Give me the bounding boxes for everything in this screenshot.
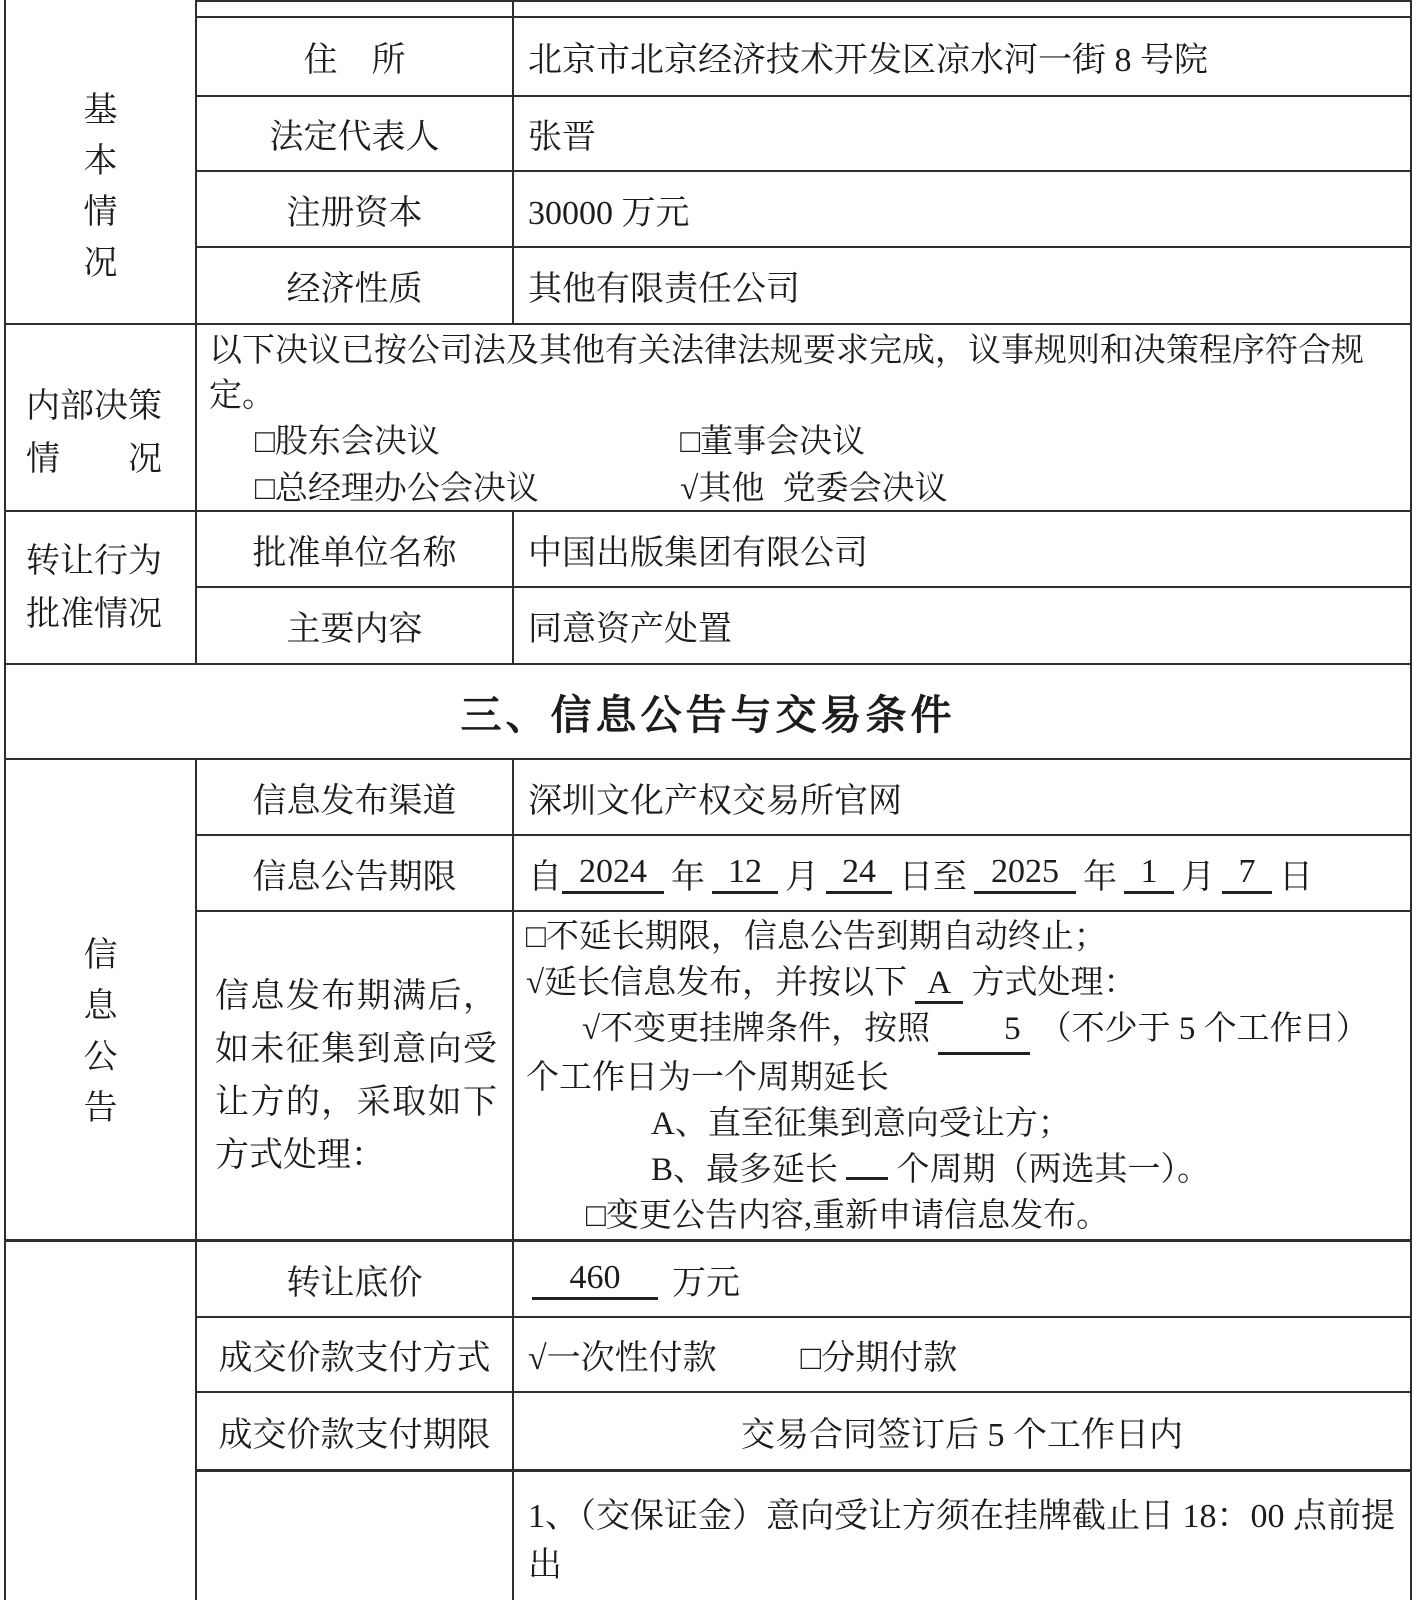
approval-unit-value: 中国出版集团有限公司 bbox=[514, 512, 1412, 588]
period-year-from: 2024 bbox=[562, 853, 664, 894]
period-month-to: 1 bbox=[1124, 853, 1174, 894]
approval-main-content-value: 同意资产处置 bbox=[514, 588, 1412, 665]
announcement-period-value: 自 2024 年 12 月 24 日至 2025 年 1 月 7 日 bbox=[514, 836, 1412, 912]
approval-main-content-label: 主要内容 bbox=[197, 588, 514, 665]
deposit-note-text: 1、（交保证金）意向受让方须在挂牌截止日 18：00 点前提出 bbox=[528, 1488, 1410, 1586]
period-text: 月 bbox=[1181, 849, 1215, 898]
announcement-period-label: 信息公告期限 bbox=[197, 836, 514, 912]
period-day-from: 24 bbox=[826, 853, 892, 894]
payment-method-value: √一次性付款 □分期付款 bbox=[514, 1318, 1412, 1393]
deposit-note-cell: 1、（交保证金）意向受让方须在挂牌截止日 18：00 点前提出 bbox=[514, 1472, 1412, 1600]
payment-deadline-value: 交易合同签订后 5 个工作日内 bbox=[514, 1393, 1412, 1472]
period-month-from: 12 bbox=[712, 853, 778, 894]
period-year-to: 2025 bbox=[974, 853, 1076, 894]
section-transfer-approval-label-line2: 批准情况 bbox=[26, 588, 162, 641]
section-heading: 三、信息公告与交易条件 bbox=[4, 665, 1412, 760]
section-transfer-approval: 转让行为 批准情况 bbox=[4, 512, 197, 665]
publish-channel-value: 深圳文化产权交易所官网 bbox=[514, 760, 1412, 836]
section-internal-decision-label-line2: 情 况 bbox=[26, 433, 162, 486]
checkbox-lump-sum-payment: √一次性付款 bbox=[528, 1330, 717, 1379]
section-info-announcement-label: 信息公告 bbox=[81, 930, 121, 1134]
partial-row-value-cell bbox=[514, 0, 1412, 18]
extension-mode-fill-in: A bbox=[915, 965, 963, 1004]
internal-decision-content: 以下决议已按公司法及其他有关法律法规要求完成，议事规则和决策程序符合规定。 □股… bbox=[197, 325, 1412, 512]
section-trade-terms bbox=[4, 1242, 197, 1600]
extension-policy-label: 信息发布期满后，如未征集到意向受让方的，采取如下方式处理： bbox=[197, 912, 514, 1242]
extension-option-b: B、最多延长 个周期（两选其一）。 bbox=[526, 1147, 1398, 1193]
section-internal-decision-label-line1: 内部决策 bbox=[26, 380, 162, 433]
period-text: 年 bbox=[671, 849, 705, 898]
section-info-announcement: 信息公告 bbox=[4, 760, 197, 1242]
decision-options-row-1: □股东会决议 □董事会决议 bbox=[209, 419, 1400, 466]
registered-capital-label: 注册资本 bbox=[197, 172, 514, 248]
floor-price-unit: 万元 bbox=[672, 1255, 740, 1304]
checkbox-installment-payment: □分期付款 bbox=[801, 1330, 958, 1379]
legal-representative-value: 张晋 bbox=[514, 97, 1412, 172]
publish-channel-label: 信息发布渠道 bbox=[197, 760, 514, 836]
other-resolution-fill-in: 党委会决议 bbox=[773, 466, 1139, 516]
section-internal-decision: 内部决策 情 况 bbox=[4, 325, 197, 512]
address-label: 住 所 bbox=[197, 18, 514, 97]
checkbox-change-announcement: □变更公告内容,重新申请信息发布。 bbox=[526, 1193, 1398, 1239]
payment-method-label: 成交价款支付方式 bbox=[197, 1318, 514, 1393]
internal-decision-paragraph: 以下决议已按公司法及其他有关法律法规要求完成，议事规则和决策程序符合规定。 bbox=[209, 329, 1400, 419]
period-text: 年 bbox=[1083, 849, 1117, 898]
checkbox-other-resolution: √其他 bbox=[680, 471, 764, 507]
floor-price-amount: 460 bbox=[532, 1259, 658, 1300]
max-cycles-fill-in bbox=[846, 1177, 888, 1180]
decision-options-row-2: □总经理办公会决议 √其他 党委会决议 bbox=[209, 466, 1400, 516]
period-text: 自 bbox=[528, 849, 562, 898]
transfer-announcement-form: 基本情况 住 所 北京市北京经济技术开发区凉水河一街 8 号院 法定代表人 张晋… bbox=[0, 0, 1418, 1600]
deposit-label-cell bbox=[197, 1472, 514, 1600]
period-text: 月 bbox=[785, 849, 819, 898]
address-value: 北京市北京经济技术开发区凉水河一街 8 号院 bbox=[514, 18, 1412, 97]
period-day-to: 7 bbox=[1222, 853, 1272, 894]
period-text: 日 bbox=[1279, 849, 1313, 898]
economic-nature-label: 经济性质 bbox=[197, 248, 514, 325]
checkbox-shareholder-resolution: □股东会决议 bbox=[255, 419, 672, 466]
checkbox-board-resolution: □董事会决议 bbox=[680, 424, 865, 460]
checkbox-no-extension: □不延长期限，信息公告到期自动终止； bbox=[526, 914, 1398, 960]
extension-option-a: A、直至征集到意向受让方； bbox=[526, 1101, 1398, 1147]
section-basic-info-label: 基本情况 bbox=[81, 85, 121, 289]
partial-row-label-cell bbox=[197, 0, 514, 18]
section-basic-info: 基本情况 bbox=[4, 0, 197, 325]
registered-capital-value: 30000 万元 bbox=[514, 172, 1412, 248]
section-transfer-approval-label-line1: 转让行为 bbox=[26, 535, 162, 588]
period-text: 日至 bbox=[899, 849, 967, 898]
floor-price-label: 转让底价 bbox=[197, 1242, 514, 1318]
checkbox-extend-publication: √延长信息发布，并按以下 A 方式处理： bbox=[526, 960, 1398, 1006]
approval-unit-label: 批准单位名称 bbox=[197, 512, 514, 588]
floor-price-value: 460 万元 bbox=[514, 1242, 1412, 1318]
legal-representative-label: 法定代表人 bbox=[197, 97, 514, 172]
checkbox-keep-listing-terms: √不变更挂牌条件，按照 5 （不少于 5 个工作日）个工作日为一个周期延长 bbox=[526, 1006, 1398, 1101]
economic-nature-value: 其他有限责任公司 bbox=[514, 248, 1412, 325]
extension-policy-content: □不延长期限，信息公告到期自动终止； √延长信息发布，并按以下 A 方式处理： … bbox=[514, 912, 1412, 1242]
payment-deadline-label: 成交价款支付期限 bbox=[197, 1393, 514, 1472]
checkbox-gm-office-resolution: □总经理办公会决议 bbox=[255, 466, 672, 513]
cycle-days-fill-in: 5 bbox=[938, 1006, 1030, 1055]
